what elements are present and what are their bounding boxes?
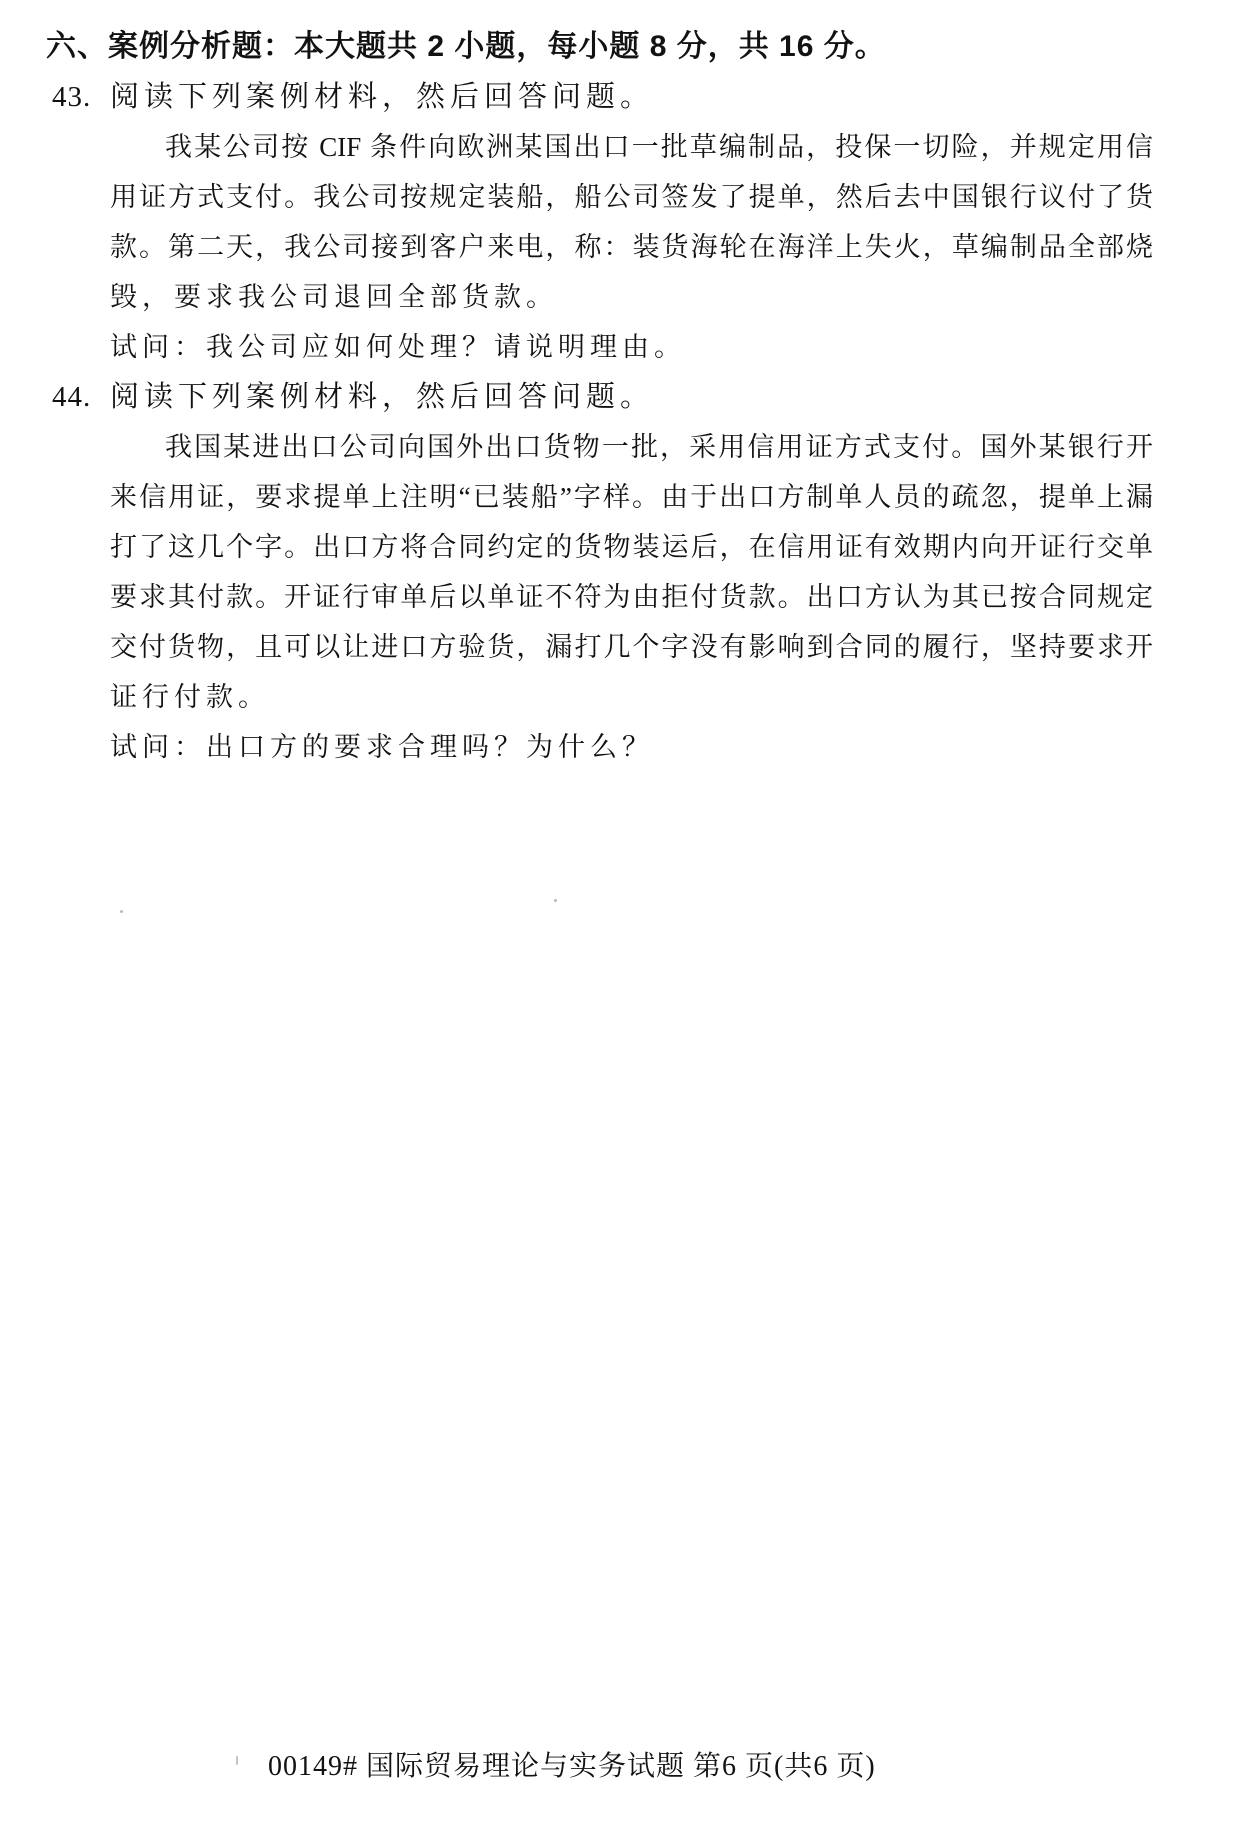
case-44-question: 试问：出口方的要求合理吗？为什么？ — [110, 722, 1153, 772]
scan-speck — [554, 899, 557, 902]
case-44-line-4: 要求其付款。开证行审单后以单证不符为由拒付货款。出口方认为其已按合同规定 — [110, 572, 1153, 622]
question-43-number: 43. — [52, 72, 110, 122]
case-44-line-6: 证行付款。 — [110, 672, 1153, 722]
case-44-line-3: 打了这几个字。出口方将合同约定的货物装运后，在信用证有效期内向开证行交单 — [110, 522, 1153, 572]
scan-speck — [236, 1756, 238, 1765]
page-footer: 00149# 国际贸易理论与实务试题 第6 页(共6 页) — [268, 1752, 876, 1782]
exam-page: 六、案例分析题：本大题共 2 小题，每小题 8 分，共 16 分。 43. 阅读… — [0, 0, 1248, 1838]
case-44-line-2: 来信用证，要求提单上注明“已装船”字样。由于出口方制单人员的疏忽，提单上漏 — [110, 472, 1153, 522]
scan-speck — [120, 910, 123, 913]
question-43-prompt: 阅读下列案例材料，然后回答问题。 — [110, 72, 654, 122]
case-43-line-3: 款。第二天，我公司接到客户来电，称：装货海轮在海洋上失火，草编制品全部烧 — [110, 222, 1153, 272]
question-43: 43. 阅读下列案例材料，然后回答问题。 — [52, 72, 1248, 122]
case-43-line-2: 用证方式支付。我公司按规定装船，船公司签发了提单，然后去中国银行议付了货 — [110, 172, 1153, 222]
question-44: 44. 阅读下列案例材料，然后回答问题。 — [52, 372, 1248, 422]
case-43-line-1: 我某公司按 CIF 条件向欧洲某国出口一批草编制品，投保一切险，并规定用信 — [110, 122, 1153, 172]
case-43-line-4: 毁，要求我公司退回全部货款。 — [110, 272, 1153, 322]
case-44-line-5: 交付货物，且可以让进口方验货，漏打几个字没有影响到合同的履行，坚持要求开 — [110, 622, 1153, 672]
section-heading: 六、案例分析题：本大题共 2 小题，每小题 8 分，共 16 分。 — [46, 22, 1248, 72]
case-44-line-1: 我国某进出口公司向国外出口货物一批，采用信用证方式支付。国外某银行开 — [110, 422, 1153, 472]
case-43-question: 试问：我公司应如何处理？请说明理由。 — [110, 322, 1153, 372]
question-44-number: 44. — [52, 372, 110, 422]
question-44-prompt: 阅读下列案例材料，然后回答问题。 — [110, 372, 654, 422]
